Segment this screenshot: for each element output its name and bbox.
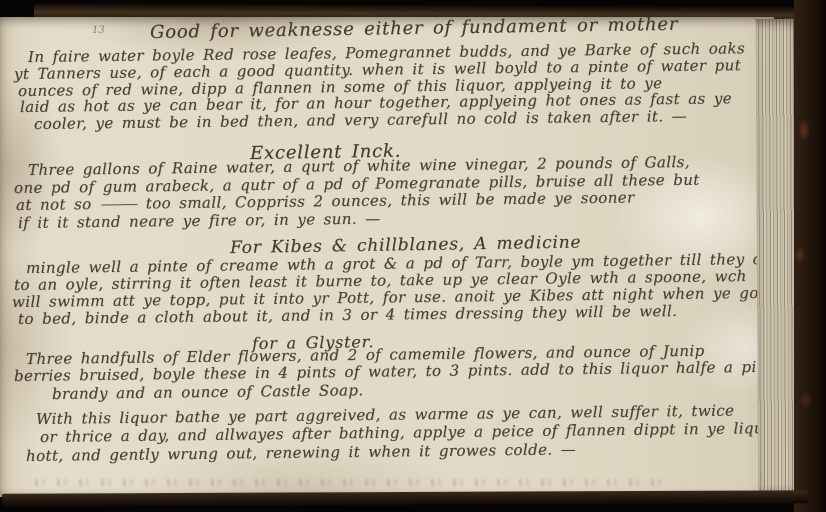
manuscript-line: hott, and gently wrung out, renewing it … [26, 442, 576, 464]
page-edge-stack [756, 19, 797, 497]
manuscript-page: 13 Good for weaknesse either of fundamen… [0, 17, 774, 497]
recipe-heading-weaknesse: Good for weaknesse either of fundament o… [150, 17, 678, 40]
manuscript-line: brandy and an ounce of Castle Soap. [52, 383, 364, 402]
ink-bleed-through [30, 479, 670, 486]
manuscript-line: if it it stand neare ye fire or, in ye s… [18, 212, 381, 231]
book-cover-bottom-edge [2, 490, 808, 507]
leather-binding [794, 0, 826, 512]
folio-mark: 13 [92, 25, 105, 36]
book-photograph: 13 Good for weaknesse either of fundamen… [0, 0, 826, 512]
